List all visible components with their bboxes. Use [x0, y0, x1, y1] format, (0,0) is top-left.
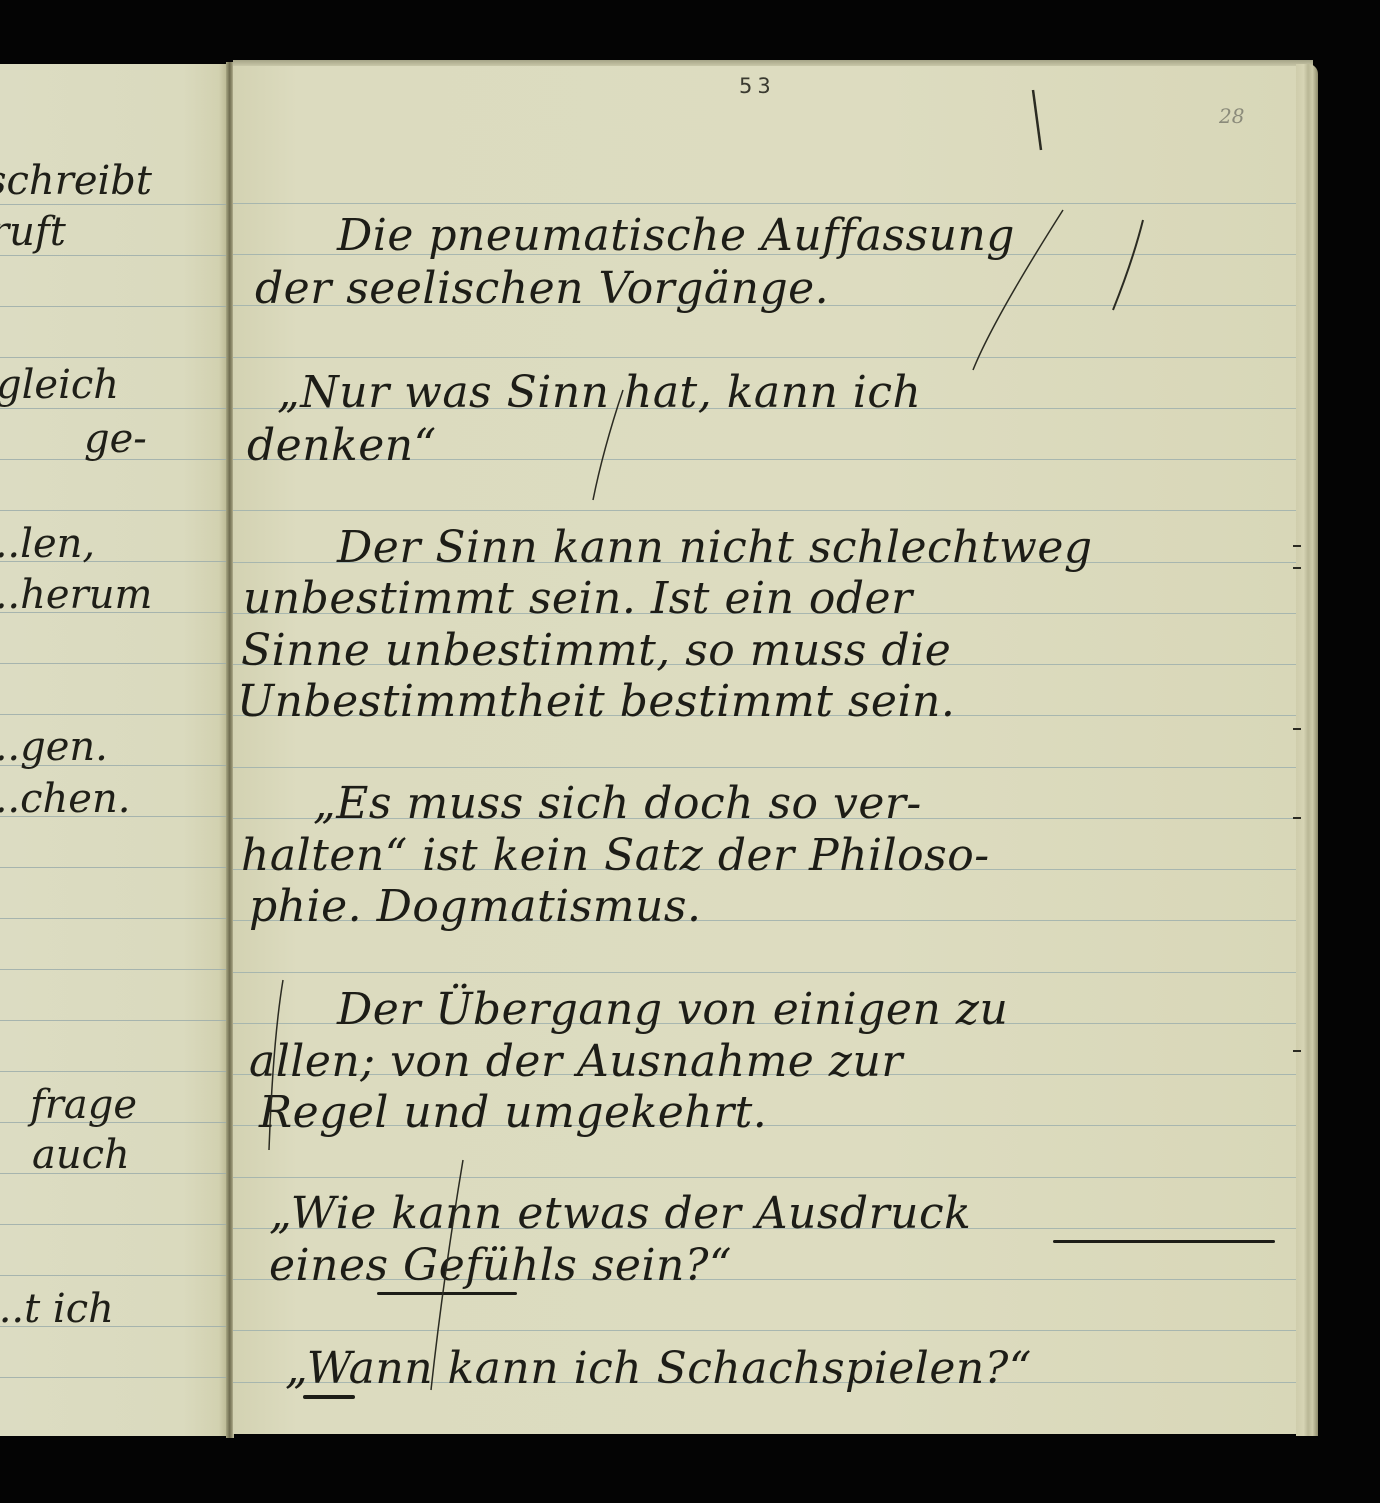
- page-edge-stack: [1296, 64, 1318, 1436]
- left-fragment: frage: [30, 1082, 137, 1128]
- underline-wann: [303, 1395, 355, 1399]
- ruled-line: [0, 357, 228, 358]
- right-page: 53 28 Die pneumatische Auffassung der se…: [233, 60, 1299, 1434]
- margin-mark: [1293, 817, 1301, 819]
- handwritten-line: Sinne unbestimmt, so muss die: [241, 625, 951, 676]
- handwritten-line: „Wie kann etwas der Ausdruck: [269, 1188, 971, 1239]
- scanned-notebook-spread: schreibt ruft gleich ge- ...len, ...heru…: [0, 0, 1380, 1503]
- left-fragment: ruft: [0, 209, 66, 255]
- ruled-line: [0, 1071, 228, 1072]
- ruled-line: [233, 357, 1299, 358]
- ruled-line: [0, 255, 228, 256]
- handwritten-line: Der Sinn kann nicht schlechtweg: [337, 522, 1093, 573]
- left-fragment: schreibt: [0, 158, 152, 204]
- ruled-line: [0, 969, 228, 970]
- handwritten-line: Regel und umgekehrt.: [259, 1087, 767, 1138]
- handwritten-line: denken“: [247, 420, 437, 471]
- ruled-line: [0, 204, 228, 205]
- handwritten-line: Die pneumatische Auffassung: [337, 210, 1015, 261]
- margin-mark: [1293, 567, 1301, 569]
- ruled-line: [233, 510, 1299, 511]
- left-fragment: ...gen.: [0, 724, 108, 770]
- page-top-edge: [233, 60, 1313, 66]
- left-fragment: ...t ich: [0, 1286, 114, 1332]
- handwritten-line: eines Gefühls sein?“: [269, 1240, 732, 1291]
- ruled-line: [0, 1275, 228, 1276]
- handwritten-line: unbestimmt sein. Ist ein oder: [243, 573, 913, 624]
- handwritten-line: der seelischen Vorgänge.: [255, 263, 829, 314]
- handwritten-line: phie. Dogmatismus.: [249, 881, 701, 932]
- page-number: 53: [739, 74, 776, 98]
- ruled-line: [0, 510, 228, 511]
- ruled-line: [233, 767, 1299, 768]
- handwritten-line: „Es muss sich doch so ver-: [313, 778, 922, 829]
- ruled-line: [0, 663, 228, 664]
- left-fragment: ...len,: [0, 521, 95, 567]
- ruled-line: [233, 1177, 1299, 1178]
- handwritten-line: halten“ ist kein Satz der Philoso-: [241, 830, 990, 881]
- handwritten-line: „Nur was Sinn hat, kann ich: [277, 367, 921, 418]
- ruled-line: [0, 408, 228, 409]
- underline-ausdruck: [1053, 1240, 1275, 1243]
- ruled-line: [233, 972, 1299, 973]
- ruled-line: [233, 1330, 1299, 1331]
- ruled-line: [0, 867, 228, 868]
- handwritten-line: allen; von der Ausnahme zur: [249, 1036, 903, 1087]
- underline-gefuehls: [377, 1292, 517, 1295]
- folio-number: 28: [1219, 104, 1244, 128]
- left-fragment: auch: [32, 1132, 130, 1178]
- handwritten-text: „Wie kann etwas der Ausdruck: [269, 1188, 971, 1239]
- ruled-line: [0, 918, 228, 919]
- handwritten-line: „Wann kann ich Schachspielen?“: [285, 1343, 1032, 1394]
- left-fragment: ge-: [84, 416, 147, 462]
- ruled-line: [0, 714, 228, 715]
- ruled-line: [0, 1020, 228, 1021]
- margin-mark: [1293, 728, 1301, 730]
- ruled-line: [0, 1224, 228, 1225]
- margin-mark: [1293, 1050, 1301, 1052]
- left-page: schreibt ruft gleich ge- ...len, ...heru…: [0, 64, 228, 1436]
- left-fragment: ...herum: [0, 572, 152, 618]
- left-fragment: ...chen.: [0, 776, 130, 822]
- ruled-line: [0, 1377, 228, 1378]
- handwritten-line: Der Übergang von einigen zu: [337, 984, 1008, 1035]
- ruled-line: [233, 203, 1299, 204]
- left-fragment: gleich: [0, 362, 119, 408]
- margin-mark: [1293, 545, 1301, 547]
- handwritten-line: Unbestimmtheit bestimmt sein.: [237, 676, 955, 727]
- ruled-line: [0, 306, 228, 307]
